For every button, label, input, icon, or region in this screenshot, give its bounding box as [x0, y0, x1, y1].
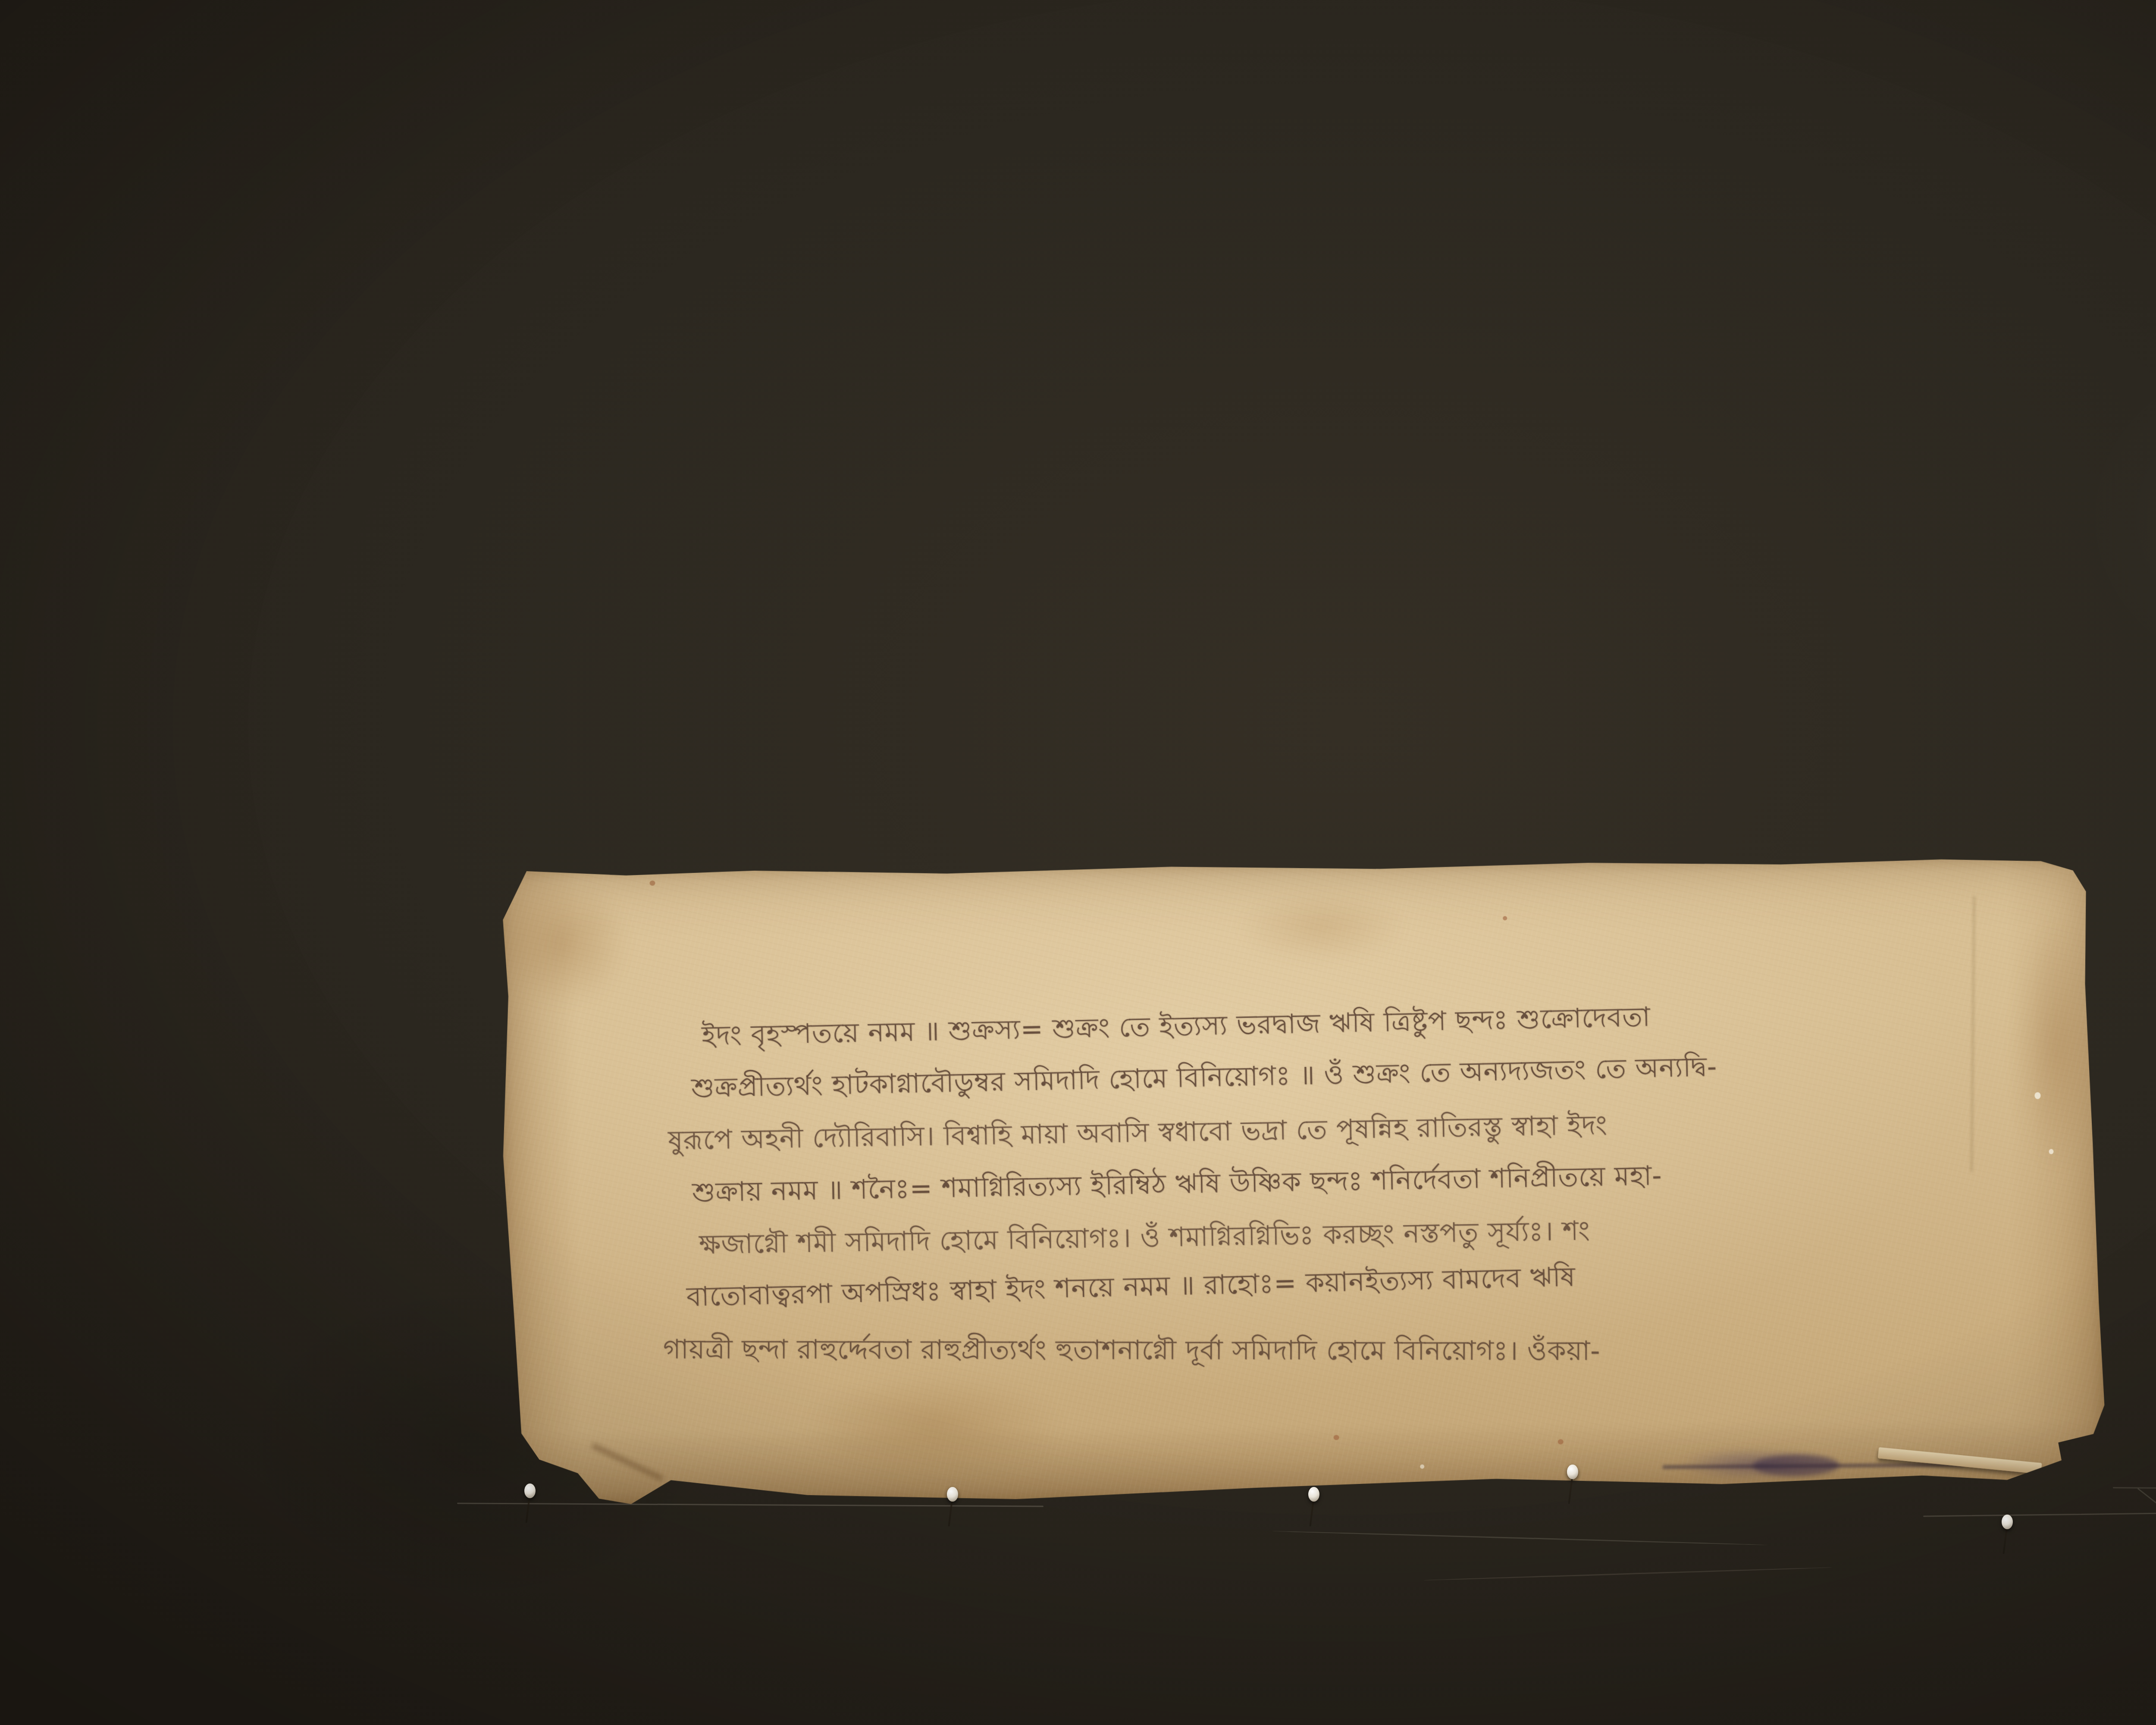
pin-head-icon: [1567, 1465, 1578, 1479]
background-light-blotch: [1984, 259, 2156, 776]
pin: [522, 1483, 539, 1531]
white-speck: [2034, 1092, 2040, 1099]
pin: [1306, 1487, 1323, 1534]
pin-stem: [525, 1496, 530, 1523]
pin-stem: [2002, 1527, 2008, 1554]
pin-head-icon: [947, 1487, 958, 1502]
white-speck: [1420, 1465, 1424, 1469]
foxing-spot: [1334, 1435, 1339, 1440]
right-edge-stain: [1999, 882, 2113, 1211]
top-stain: [1210, 879, 1435, 975]
torn-corner-sliver: [1878, 1447, 2042, 1474]
pin-head-icon: [524, 1483, 536, 1498]
scratch-line: [2137, 1488, 2156, 1558]
pin-head-icon: [1308, 1487, 1319, 1502]
foxing-spot: [1558, 1439, 1564, 1444]
pin-head-icon: [2002, 1515, 2013, 1529]
pin-stem: [948, 1500, 953, 1527]
scratch-line: [1272, 1531, 1768, 1546]
foxing-spot: [1503, 916, 1507, 920]
manuscript-line: গায়ত্রী ছন্দা রাহুর্দ্দেবতা রাহুপ্রীত্য…: [663, 1323, 1976, 1377]
photo-background: ইদং বৃহস্পতয়ে নমম ॥ শুক্রস্য= শুক্রং তে…: [0, 0, 2156, 1725]
pin: [944, 1487, 962, 1534]
pin: [1999, 1515, 2016, 1562]
scratch-line: [2113, 1487, 2156, 1492]
bottom-left-stain: [760, 1356, 1106, 1496]
pin-stem: [1309, 1500, 1314, 1527]
scratch-line: [1923, 1508, 2156, 1517]
pin: [1564, 1465, 1582, 1512]
corner-stain: [472, 850, 654, 1033]
manuscript-text-block: ইদং বৃহস্পতয়ে নমম ॥ শুক্রস্য= শুক্রং তে…: [667, 1000, 1977, 1375]
folded-corner-shadow: [591, 1443, 664, 1481]
scratch-line: [1423, 1567, 1833, 1581]
manuscript-page: ইদং বৃহস্পতয়ে নমম ॥ শুক্রস্য= শুক্রং তে…: [498, 856, 2107, 1507]
foxing-spot: [649, 881, 655, 886]
pin-stem: [1568, 1477, 1573, 1504]
white-speck: [2049, 1149, 2053, 1154]
